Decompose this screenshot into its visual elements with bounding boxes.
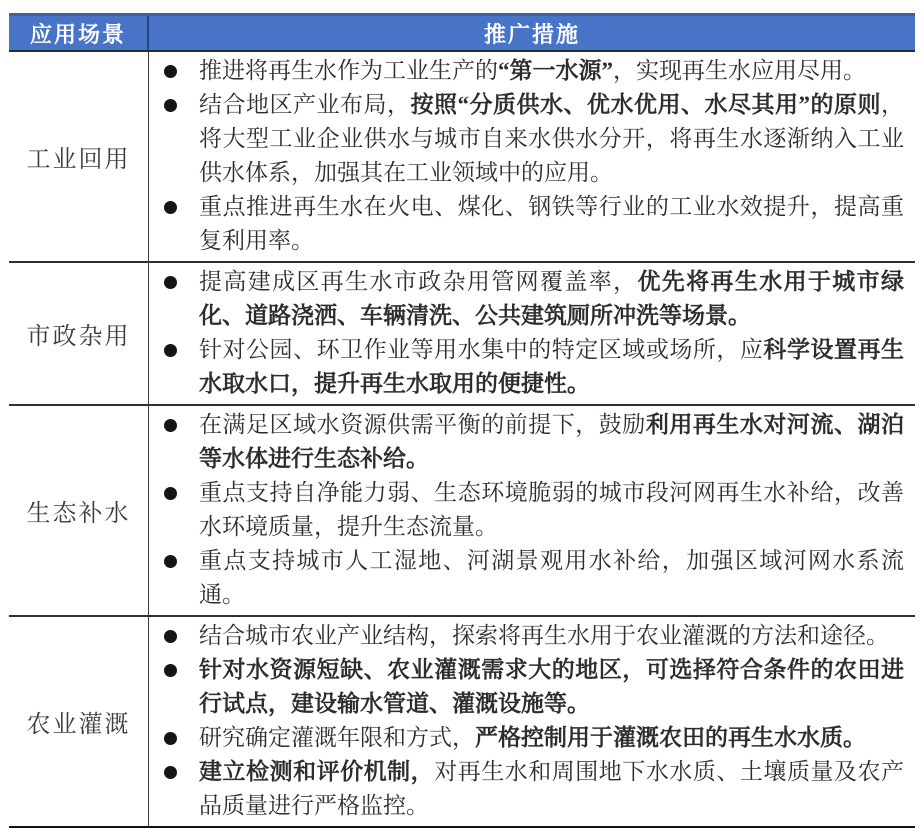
list-item: 提高建成区再生水市政杂用管网覆盖率，优先将再生水用于城市绿化、道路浇洒、车辆清洗… xyxy=(161,265,907,333)
measures-cell: 提高建成区再生水市政杂用管网覆盖率，优先将再生水用于城市绿化、道路浇洒、车辆清洗… xyxy=(149,263,915,404)
list-item: 研究确定灌溉年限和方式，严格控制用于灌溉农田的再生水水质。 xyxy=(161,721,907,755)
table-row: 市政杂用提高建成区再生水市政杂用管网覆盖率，优先将再生水用于城市绿化、道路浇洒、… xyxy=(9,263,915,406)
bullet-icon xyxy=(161,265,199,289)
measure-text: 结合城市农业产业结构，探索将再生水用于农业灌溉的方法和途径。 xyxy=(199,619,904,653)
bullet-dot xyxy=(164,732,177,745)
bullet-dot xyxy=(164,555,177,568)
list-item: 推进将再生水作为工业生产的“第一水源”，实现再生水应用尽用。 xyxy=(161,54,907,88)
bullet-icon xyxy=(161,190,199,214)
scenario-cell: 农业灌溉 xyxy=(9,617,149,826)
measure-text: 重点支持城市人工湿地、河湖景观用水补给，加强区域河网水系流通。 xyxy=(199,544,904,612)
bullet-icon xyxy=(161,476,199,500)
bullet-icon xyxy=(161,408,199,432)
table-body: 工业回用推进将再生水作为工业生产的“第一水源”，实现再生水应用尽用。结合地区产业… xyxy=(9,52,915,828)
bullet-dot xyxy=(164,487,177,500)
measure-text-bold-run: “第一水源” xyxy=(498,58,613,83)
scenario-label: 生态补水 xyxy=(27,493,131,528)
bullet-dot xyxy=(164,201,177,214)
list-item: 针对公园、环卫作业等用水集中的特定区域或场所，应科学设置再生水取水口，提升再生水… xyxy=(161,333,907,401)
bullet-icon xyxy=(161,544,199,568)
header-cell-scenario: 应用场景 xyxy=(9,16,149,50)
measure-text: 针对公园、环卫作业等用水集中的特定区域或场所，应科学设置再生水取水口，提升再生水… xyxy=(199,333,904,401)
measure-text: 结合地区产业布局，按照“分质供水、优水优用、水尽其用”的原则，将大型工业企业供水… xyxy=(199,88,904,190)
scenario-label: 市政杂用 xyxy=(27,316,131,351)
bullet-icon xyxy=(161,88,199,112)
list-item: 结合城市农业产业结构，探索将再生水用于农业灌溉的方法和途径。 xyxy=(161,619,907,653)
measure-text-run: 结合城市农业产业结构，探索将再生水用于农业灌溉的方法和途径。 xyxy=(199,623,889,648)
bullet-dot xyxy=(164,99,177,112)
document-page: { "colors": { "header_bg": "#4874C8", "h… xyxy=(0,0,923,813)
measure-text: 在满足区域水资源供需平衡的前提下，鼓励利用再生水对河流、湖泊等水体进行生态补给。 xyxy=(199,408,904,476)
scenario-label: 农业灌溉 xyxy=(27,704,131,739)
list-item: 在满足区域水资源供需平衡的前提下，鼓励利用再生水对河流、湖泊等水体进行生态补给。 xyxy=(161,408,907,476)
measure-text-run: 重点推进再生水在火电、煤化、钢铁等行业的工业水效提升，提高重复利用率。 xyxy=(199,194,904,253)
bullet-icon xyxy=(161,333,199,357)
bullet-icon xyxy=(161,54,199,78)
measure-text: 重点支持自净能力弱、生态环境脆弱的城市段河网再生水补给，改善水环境质量，提升生态… xyxy=(199,476,904,544)
bullet-dot xyxy=(164,276,177,289)
measure-text-run: 推进将再生水作为工业生产的 xyxy=(199,58,498,83)
bullet-dot xyxy=(164,664,177,677)
measure-text-bold-run: 按照“分质供水、优水优用、水尽其用”的原则 xyxy=(411,92,882,117)
scenario-cell: 生态补水 xyxy=(9,406,149,615)
table-row: 生态补水在满足区域水资源供需平衡的前提下，鼓励利用再生水对河流、湖泊等水体进行生… xyxy=(9,406,915,617)
measures-cell: 推进将再生水作为工业生产的“第一水源”，实现再生水应用尽用。结合地区产业布局，按… xyxy=(149,52,915,261)
measure-text: 提高建成区再生水市政杂用管网覆盖率，优先将再生水用于城市绿化、道路浇洒、车辆清洗… xyxy=(199,265,904,333)
header-cell-measures: 推广措施 xyxy=(149,16,915,50)
list-item: 重点支持城市人工湿地、河湖景观用水补给，加强区域河网水系流通。 xyxy=(161,544,907,612)
measure-text: 针对水资源短缺、农业灌溉需求大的地区，可选择符合条件的农田进行试点，建设输水管道… xyxy=(199,653,904,721)
table-row: 农业灌溉结合城市农业产业结构，探索将再生水用于农业灌溉的方法和途径。针对水资源短… xyxy=(9,617,915,828)
measures-cell: 在满足区域水资源供需平衡的前提下，鼓励利用再生水对河流、湖泊等水体进行生态补给。… xyxy=(149,406,915,615)
measure-text-bold-run: 严格控制用于灌溉农田的再生水水质。 xyxy=(475,725,866,750)
scenario-cell: 市政杂用 xyxy=(9,263,149,404)
bullet-icon xyxy=(161,755,199,779)
bullet-dot xyxy=(164,344,177,357)
list-item: 重点支持自净能力弱、生态环境脆弱的城市段河网再生水补给，改善水环境质量，提升生态… xyxy=(161,476,907,544)
list-item: 重点推进再生水在火电、煤化、钢铁等行业的工业水效提升，提高重复利用率。 xyxy=(161,190,907,258)
bullet-icon xyxy=(161,653,199,677)
list-item: 针对水资源短缺、农业灌溉需求大的地区，可选择符合条件的农田进行试点，建设输水管道… xyxy=(161,653,907,721)
measure-text-run: 重点支持城市人工湿地、河湖景观用水补给，加强区域河网水系流通。 xyxy=(199,548,904,607)
measure-text: 推进将再生水作为工业生产的“第一水源”，实现再生水应用尽用。 xyxy=(199,54,904,88)
scenario-label: 工业回用 xyxy=(27,139,131,174)
bullet-dot xyxy=(164,65,177,78)
measure-text: 研究确定灌溉年限和方式，严格控制用于灌溉农田的再生水水质。 xyxy=(199,721,904,755)
measure-text-run: 在满足区域水资源供需平衡的前提下，鼓励 xyxy=(199,412,646,437)
bullet-dot xyxy=(164,419,177,432)
measure-text-run: 针对公园、环卫作业等用水集中的特定区域或场所，应 xyxy=(199,337,763,362)
bullet-dot xyxy=(164,766,177,779)
measure-text: 重点推进再生水在火电、煤化、钢铁等行业的工业水效提升，提高重复利用率。 xyxy=(199,190,904,258)
measure-text-run: 重点支持自净能力弱、生态环境脆弱的城市段河网再生水补给，改善水环境质量，提升生态… xyxy=(199,480,904,539)
measure-text-run: 结合地区产业布局， xyxy=(199,92,411,117)
table-header: 应用场景 推广措施 xyxy=(9,13,915,52)
bullet-dot xyxy=(164,630,177,643)
measure-text-run: ，实现再生水应用尽用。 xyxy=(613,58,866,83)
measure-text-bold-run: 建立检测和评价机制， xyxy=(199,759,434,784)
measure-text-run: 研究确定灌溉年限和方式， xyxy=(199,725,475,750)
water-reuse-table: 应用场景 推广措施 工业回用推进将再生水作为工业生产的“第一水源”，实现再生水应… xyxy=(9,13,915,828)
scenario-cell: 工业回用 xyxy=(9,52,149,261)
bullet-icon xyxy=(161,721,199,745)
measure-text-bold-run: 针对水资源短缺、农业灌溉需求大的地区，可选择符合条件的农田进行试点，建设输水管道… xyxy=(199,657,904,716)
measures-cell: 结合城市农业产业结构，探索将再生水用于农业灌溉的方法和途径。针对水资源短缺、农业… xyxy=(149,617,915,826)
table-row: 工业回用推进将再生水作为工业生产的“第一水源”，实现再生水应用尽用。结合地区产业… xyxy=(9,52,915,263)
bullet-icon xyxy=(161,619,199,643)
measure-text-run: 提高建成区再生水市政杂用管网覆盖率， xyxy=(199,269,637,294)
list-item: 结合地区产业布局，按照“分质供水、优水优用、水尽其用”的原则，将大型工业企业供水… xyxy=(161,88,907,190)
